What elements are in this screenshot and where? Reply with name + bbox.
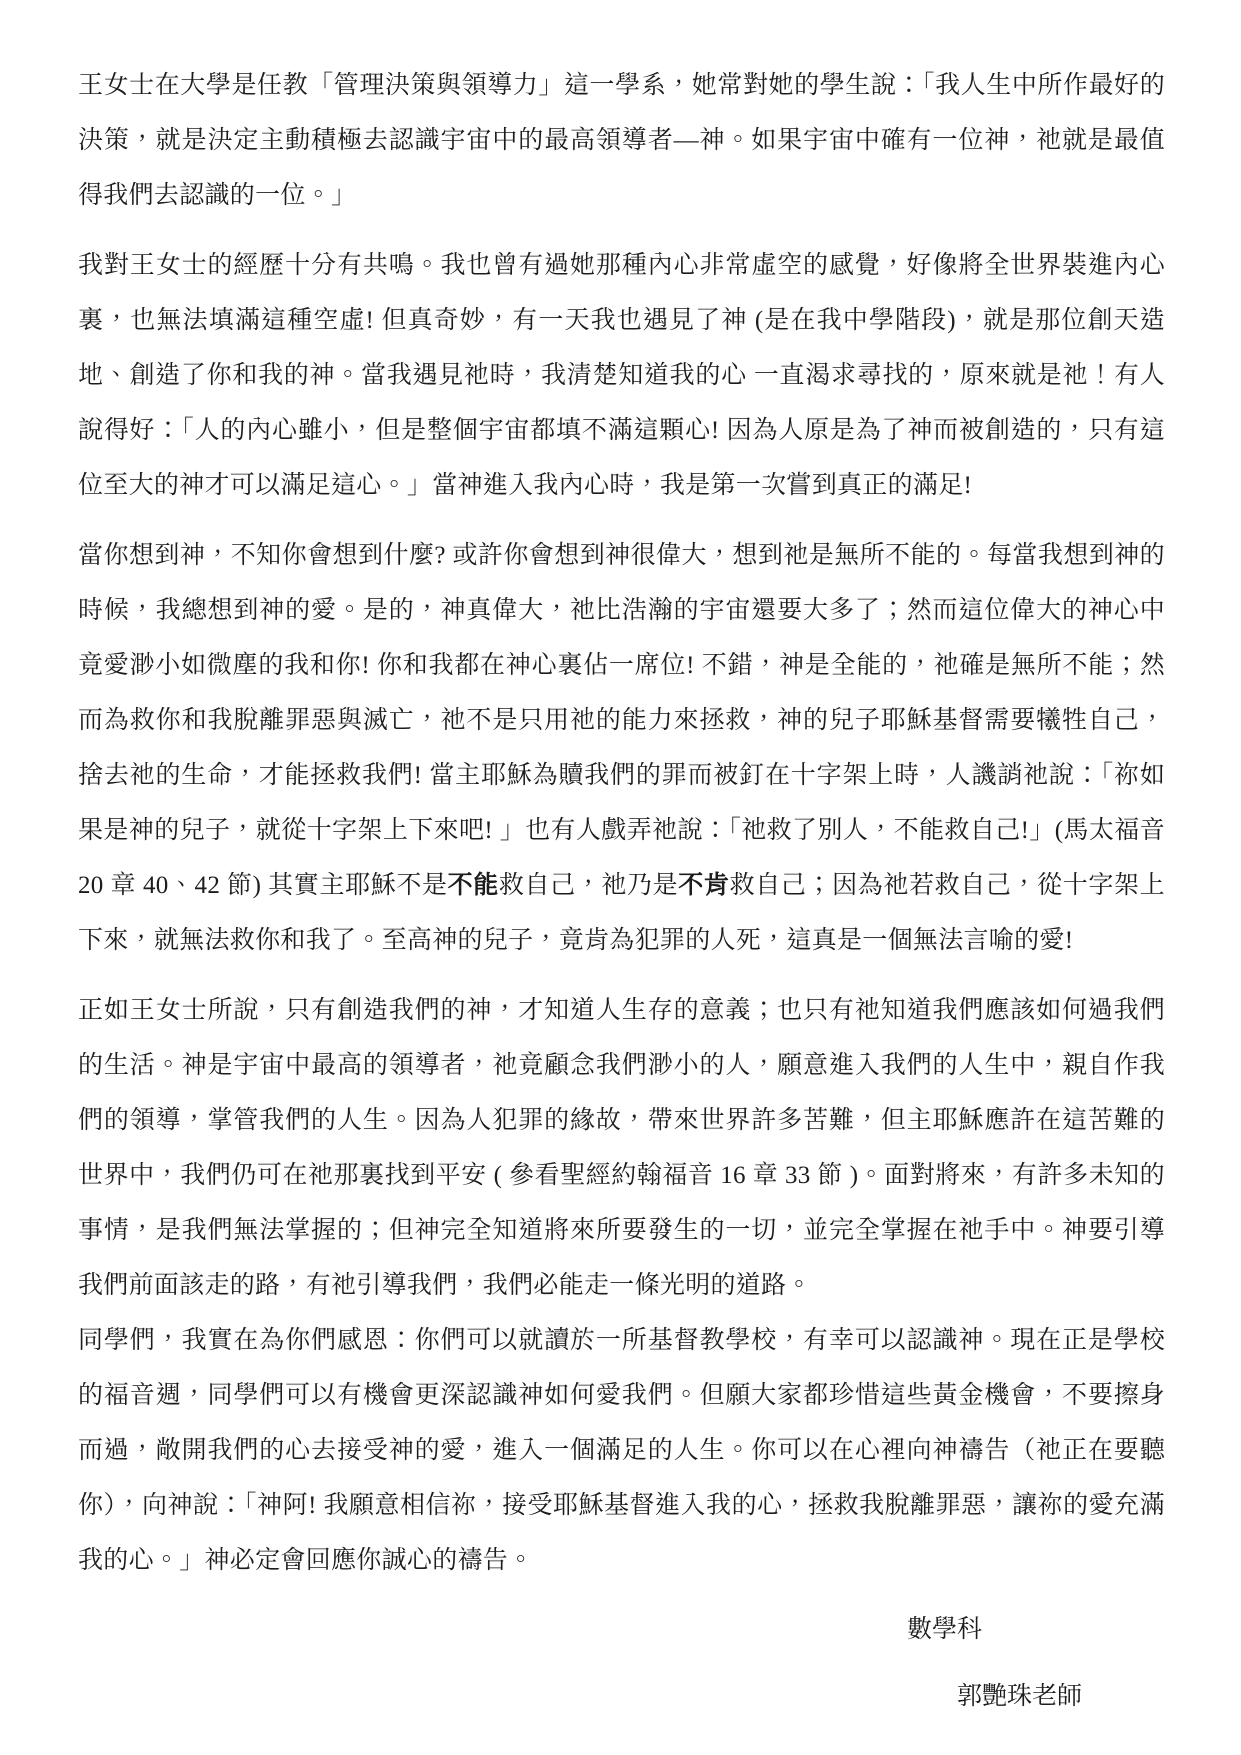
paragraph-gods-love: 當你想到神，不知你會想到什麼? 或許你會想到神很偉大，想到祂是無所不能的。每當我… — [78, 528, 1165, 968]
signature-name: 郭艷珠老師 — [78, 1669, 1165, 1724]
paragraph-gods-leadership: 正如王女士所說，只有創造我們的神，才知道人生存的意義；也只有祂知道我們應該如何過… — [78, 983, 1165, 1313]
paragraph-personal-testimony: 我對王女士的經歷十分有共鳴。我也曾有過她那種內心非常虛空的感覺，好像將全世界裝進… — [78, 238, 1165, 513]
signature-department: 數學科 — [78, 1602, 1165, 1657]
signature-block: 數學科 郭艷珠老師 — [78, 1602, 1165, 1724]
paragraph-invitation-to-students: 同學們，我實在為你們感恩：你們可以就讀於一所基督教學校，有幸可以認識神。現在正是… — [78, 1313, 1165, 1588]
document-page: 王女士在大學是任教「管理決策與領導力」這一學系，她常對她的學生說：「我人生中所作… — [0, 0, 1241, 1755]
letter-body: 王女士在大學是任教「管理決策與領導力」這一學系，她常對她的學生說：「我人生中所作… — [78, 58, 1165, 1724]
paragraph-intro-ms-wong: 王女士在大學是任教「管理決策與領導力」這一學系，她常對她的學生說：「我人生中所作… — [78, 58, 1165, 223]
